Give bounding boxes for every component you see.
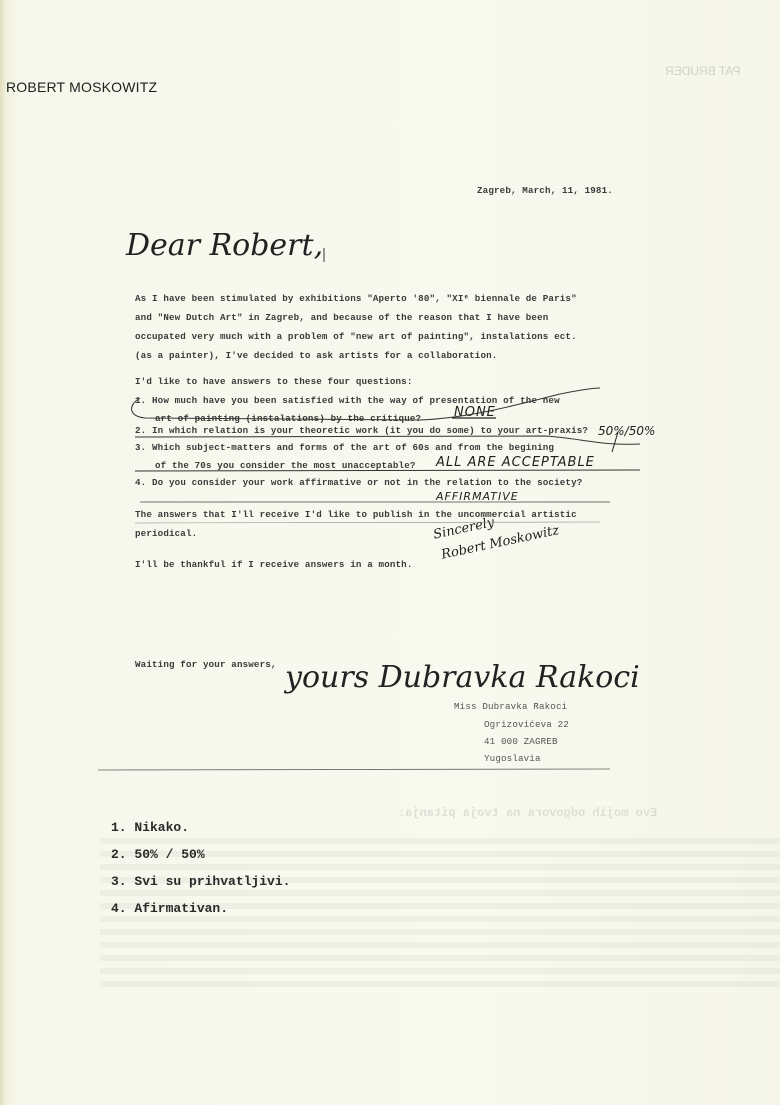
translated-answer-3: 3. Svi su prihvatljivi. bbox=[111, 874, 290, 901]
translated-answer-4: 4. Afirmativan. bbox=[111, 901, 290, 928]
translated-answer-2: 2. 50% / 50% bbox=[111, 847, 290, 874]
pen-strokes bbox=[0, 0, 780, 1105]
letter-page: PAT BRUDER Evo mojih odgovora na tvoja p… bbox=[0, 0, 780, 1105]
translated-answers-list: 1. Nikako. 2. 50% / 50% 3. Svi su prihva… bbox=[111, 820, 290, 928]
translated-answer-1: 1. Nikako. bbox=[111, 820, 290, 847]
